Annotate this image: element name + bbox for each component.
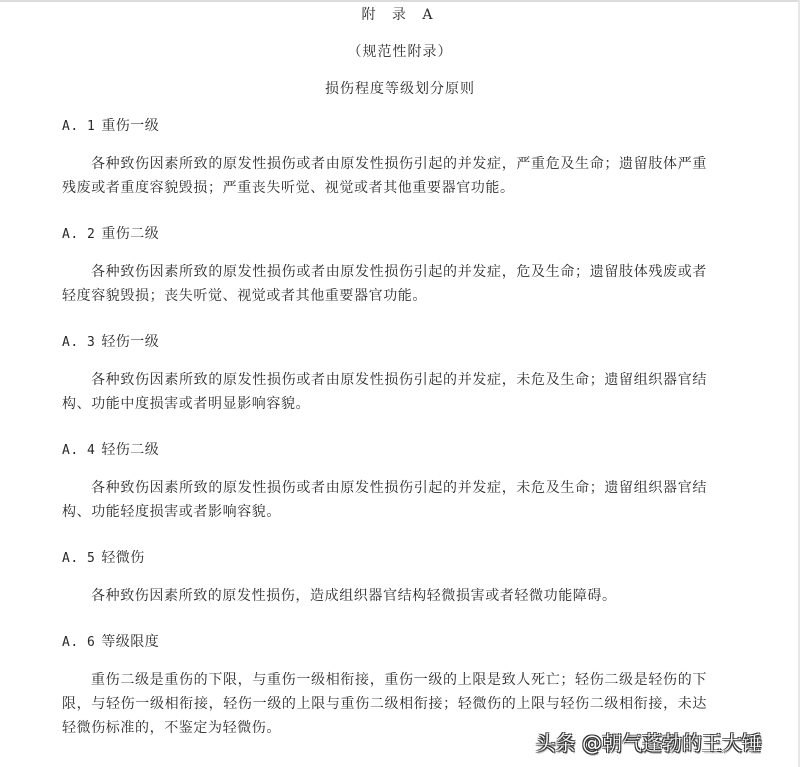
section-title: 轻伤二级 bbox=[101, 442, 159, 458]
section-title: 等级限度 bbox=[101, 634, 159, 650]
top-border bbox=[0, 0, 800, 2]
section-heading: A. 2重伤二级 bbox=[62, 224, 762, 244]
section-title: 重伤二级 bbox=[101, 226, 159, 242]
section-heading: A. 6等级限度 bbox=[62, 632, 762, 652]
section-a4: A. 4轻伤二级 各种致伤因素所致的原发性损伤或者由原发性损伤引起的并发症，未危… bbox=[62, 440, 762, 524]
section-number: A. 1 bbox=[62, 119, 95, 134]
appendix-title: 附 录 A bbox=[0, 4, 800, 24]
section-title: 重伤一级 bbox=[101, 118, 159, 134]
section-a5: A. 5轻微伤 各种致伤因素所致的原发性损伤，造成组织器官结构轻微损害或者轻微功… bbox=[62, 548, 762, 608]
section-number: A. 4 bbox=[62, 443, 95, 458]
section-body: 各种致伤因素所致的原发性损伤或者由原发性损伤引起的并发症，未危及生命；遗留组织器… bbox=[62, 368, 707, 416]
section-heading: A. 4轻伤二级 bbox=[62, 440, 762, 460]
page-title: 损伤程度等级划分原则 bbox=[0, 78, 800, 98]
appendix-type: （规范性附录） bbox=[0, 41, 800, 61]
section-heading: A. 3轻伤一级 bbox=[62, 332, 762, 352]
section-body: 各种致伤因素所致的原发性损伤或者由原发性损伤引起的并发症，危及生命；遗留肢体残废… bbox=[62, 260, 707, 308]
section-number: A. 2 bbox=[62, 227, 95, 242]
section-a1: A. 1重伤一级 各种致伤因素所致的原发性损伤或者由原发性损伤引起的并发症，严重… bbox=[62, 116, 762, 200]
section-number: A. 6 bbox=[62, 635, 95, 650]
section-number: A. 5 bbox=[62, 551, 95, 566]
watermark: 头条 @朝气蓬勃的王大锤 bbox=[536, 727, 762, 756]
section-number: A. 3 bbox=[62, 335, 95, 350]
section-a3: A. 3轻伤一级 各种致伤因素所致的原发性损伤或者由原发性损伤引起的并发症，未危… bbox=[62, 332, 762, 416]
section-a6: A. 6等级限度 重伤二级是重伤的下限，与重伤一级相衔接，重伤一级的上限是致人死… bbox=[62, 632, 762, 740]
section-heading: A. 1重伤一级 bbox=[62, 116, 762, 136]
section-heading: A. 5轻微伤 bbox=[62, 548, 762, 568]
section-body: 各种致伤因素所致的原发性损伤或者由原发性损伤引起的并发症，严重危及生命；遗留肢体… bbox=[62, 152, 707, 200]
section-body: 各种致伤因素所致的原发性损伤或者由原发性损伤引起的并发症，未危及生命；遗留组织器… bbox=[62, 476, 707, 524]
section-body: 各种致伤因素所致的原发性损伤，造成组织器官结构轻微损害或者轻微功能障碍。 bbox=[62, 584, 707, 608]
section-title: 轻伤一级 bbox=[101, 334, 159, 350]
section-title: 轻微伤 bbox=[101, 550, 145, 566]
section-a2: A. 2重伤二级 各种致伤因素所致的原发性损伤或者由原发性损伤引起的并发症，危及… bbox=[62, 224, 762, 308]
